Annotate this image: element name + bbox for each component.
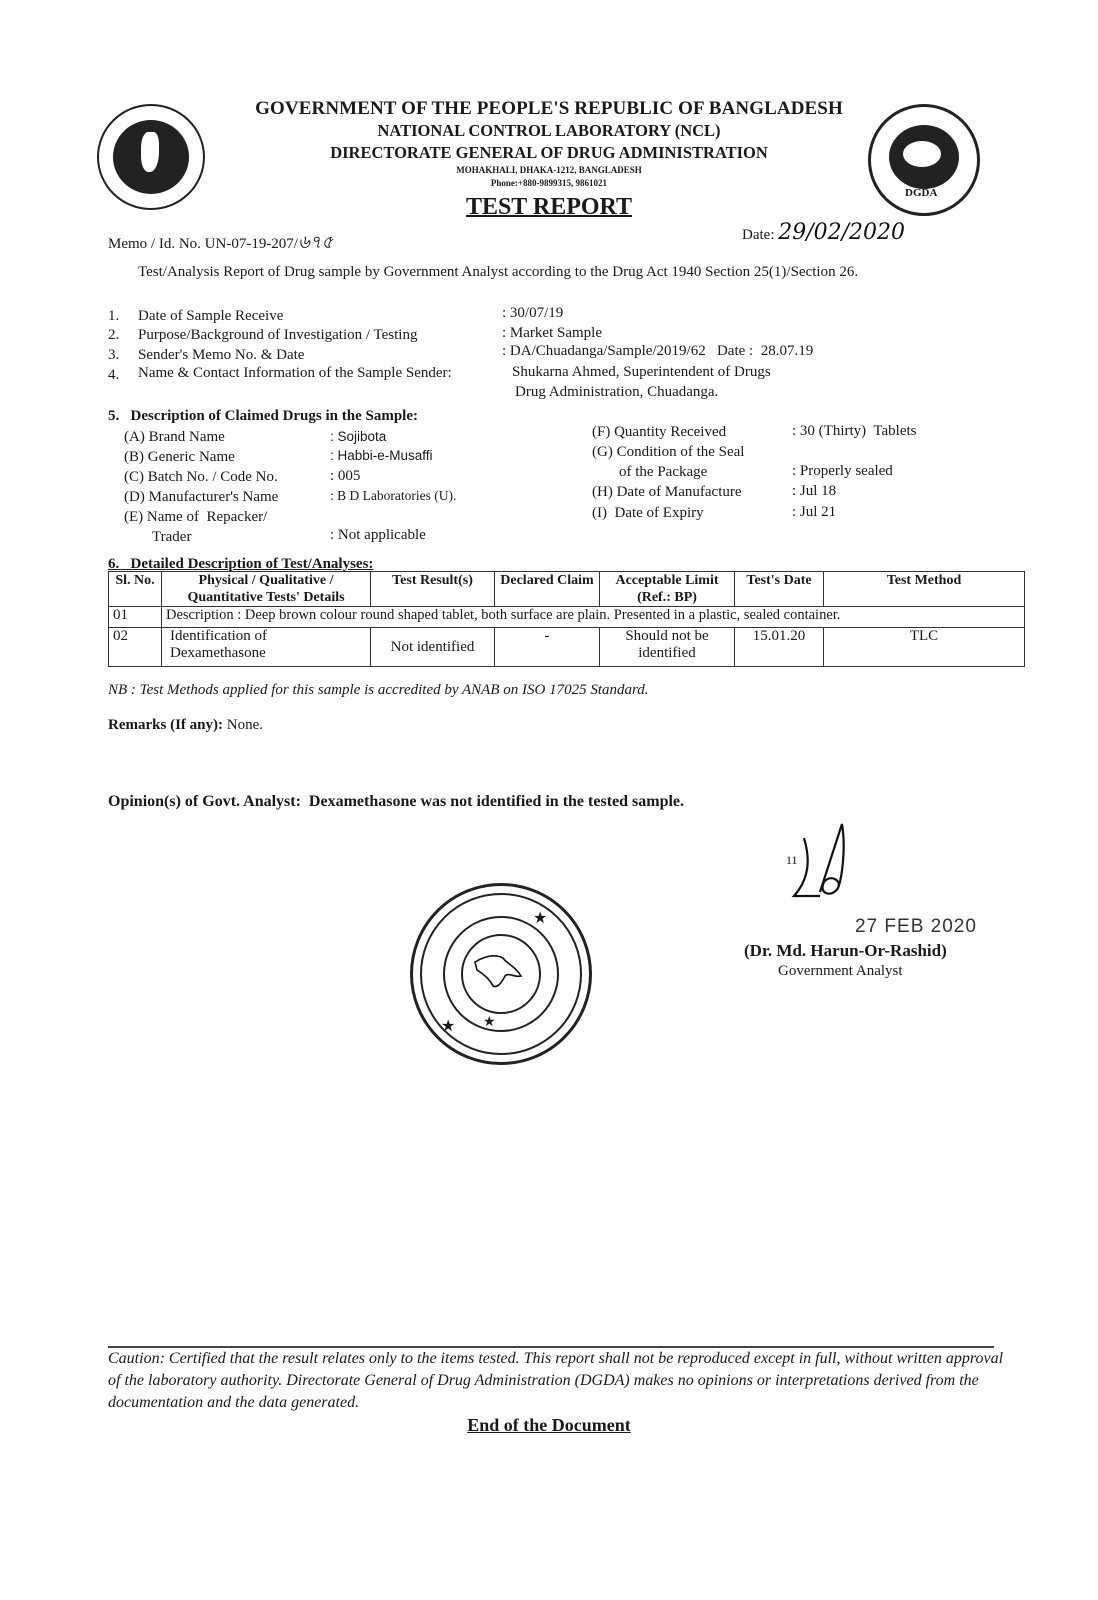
memo-handwritten: ৬৭৫ [298, 232, 333, 253]
section5-title: 5. Description of Claimed Drugs in the S… [108, 408, 418, 425]
header-phone: Phone:+880-9899315, 9861021 [0, 178, 1098, 188]
end-of-document: End of the Document [0, 1415, 1098, 1436]
svg-text:11: 11 [786, 853, 798, 867]
intro-text: Test/Analysis Report of Drug sample by G… [138, 264, 858, 281]
header-govt: GOVERNMENT OF THE PEOPLE'S REPUBLIC OF B… [0, 98, 1098, 120]
test-results-table: Sl. No. Physical / Qualitative / Quantit… [108, 571, 1025, 667]
list-item: 4. [108, 367, 119, 384]
header-dgda: DIRECTORATE GENERAL OF DRUG ADMINISTRATI… [0, 143, 1098, 163]
list-item: 1. [108, 308, 119, 325]
remarks: Remarks (If any): None. [108, 717, 263, 734]
signature-icon: 11 [780, 818, 860, 908]
stamp-date: 27 FEB 2020 [855, 916, 977, 938]
report-title: TEST REPORT [0, 194, 1098, 221]
list-item: 2. [108, 327, 119, 344]
memo-id: Memo / Id. No. UN-07-19-207/৬৭৫ [108, 228, 333, 259]
date-handwritten: 29/02/2020 [778, 220, 905, 245]
list-item: 3. [108, 347, 119, 364]
report-date: Date: 29/02/2020 [742, 220, 905, 245]
header-address: MOHAKHALI, DHAKA-1212, BANGLADESH [0, 165, 1098, 175]
analyst-name: (Dr. Md. Harun-Or-Rashid) [744, 941, 947, 961]
analyst-opinion: Opinion(s) of Govt. Analyst: Dexamethaso… [108, 793, 684, 811]
analyst-title: Government Analyst [778, 963, 903, 980]
table-row: 02 Identification of Dexamethasone Not i… [109, 628, 1025, 667]
table-row: 01 Description : Deep brown colour round… [109, 607, 1025, 628]
office-stamp-icon: ★ ★ ★ [410, 883, 592, 1065]
table-header-row: Sl. No. Physical / Qualitative / Quantit… [109, 572, 1025, 607]
header-ncl: NATIONAL CONTROL LABORATORY (NCL) [0, 121, 1098, 141]
accreditation-note: NB : Test Methods applied for this sampl… [108, 682, 649, 699]
caution-text: Caution: Certified that the result relat… [108, 1348, 1008, 1414]
